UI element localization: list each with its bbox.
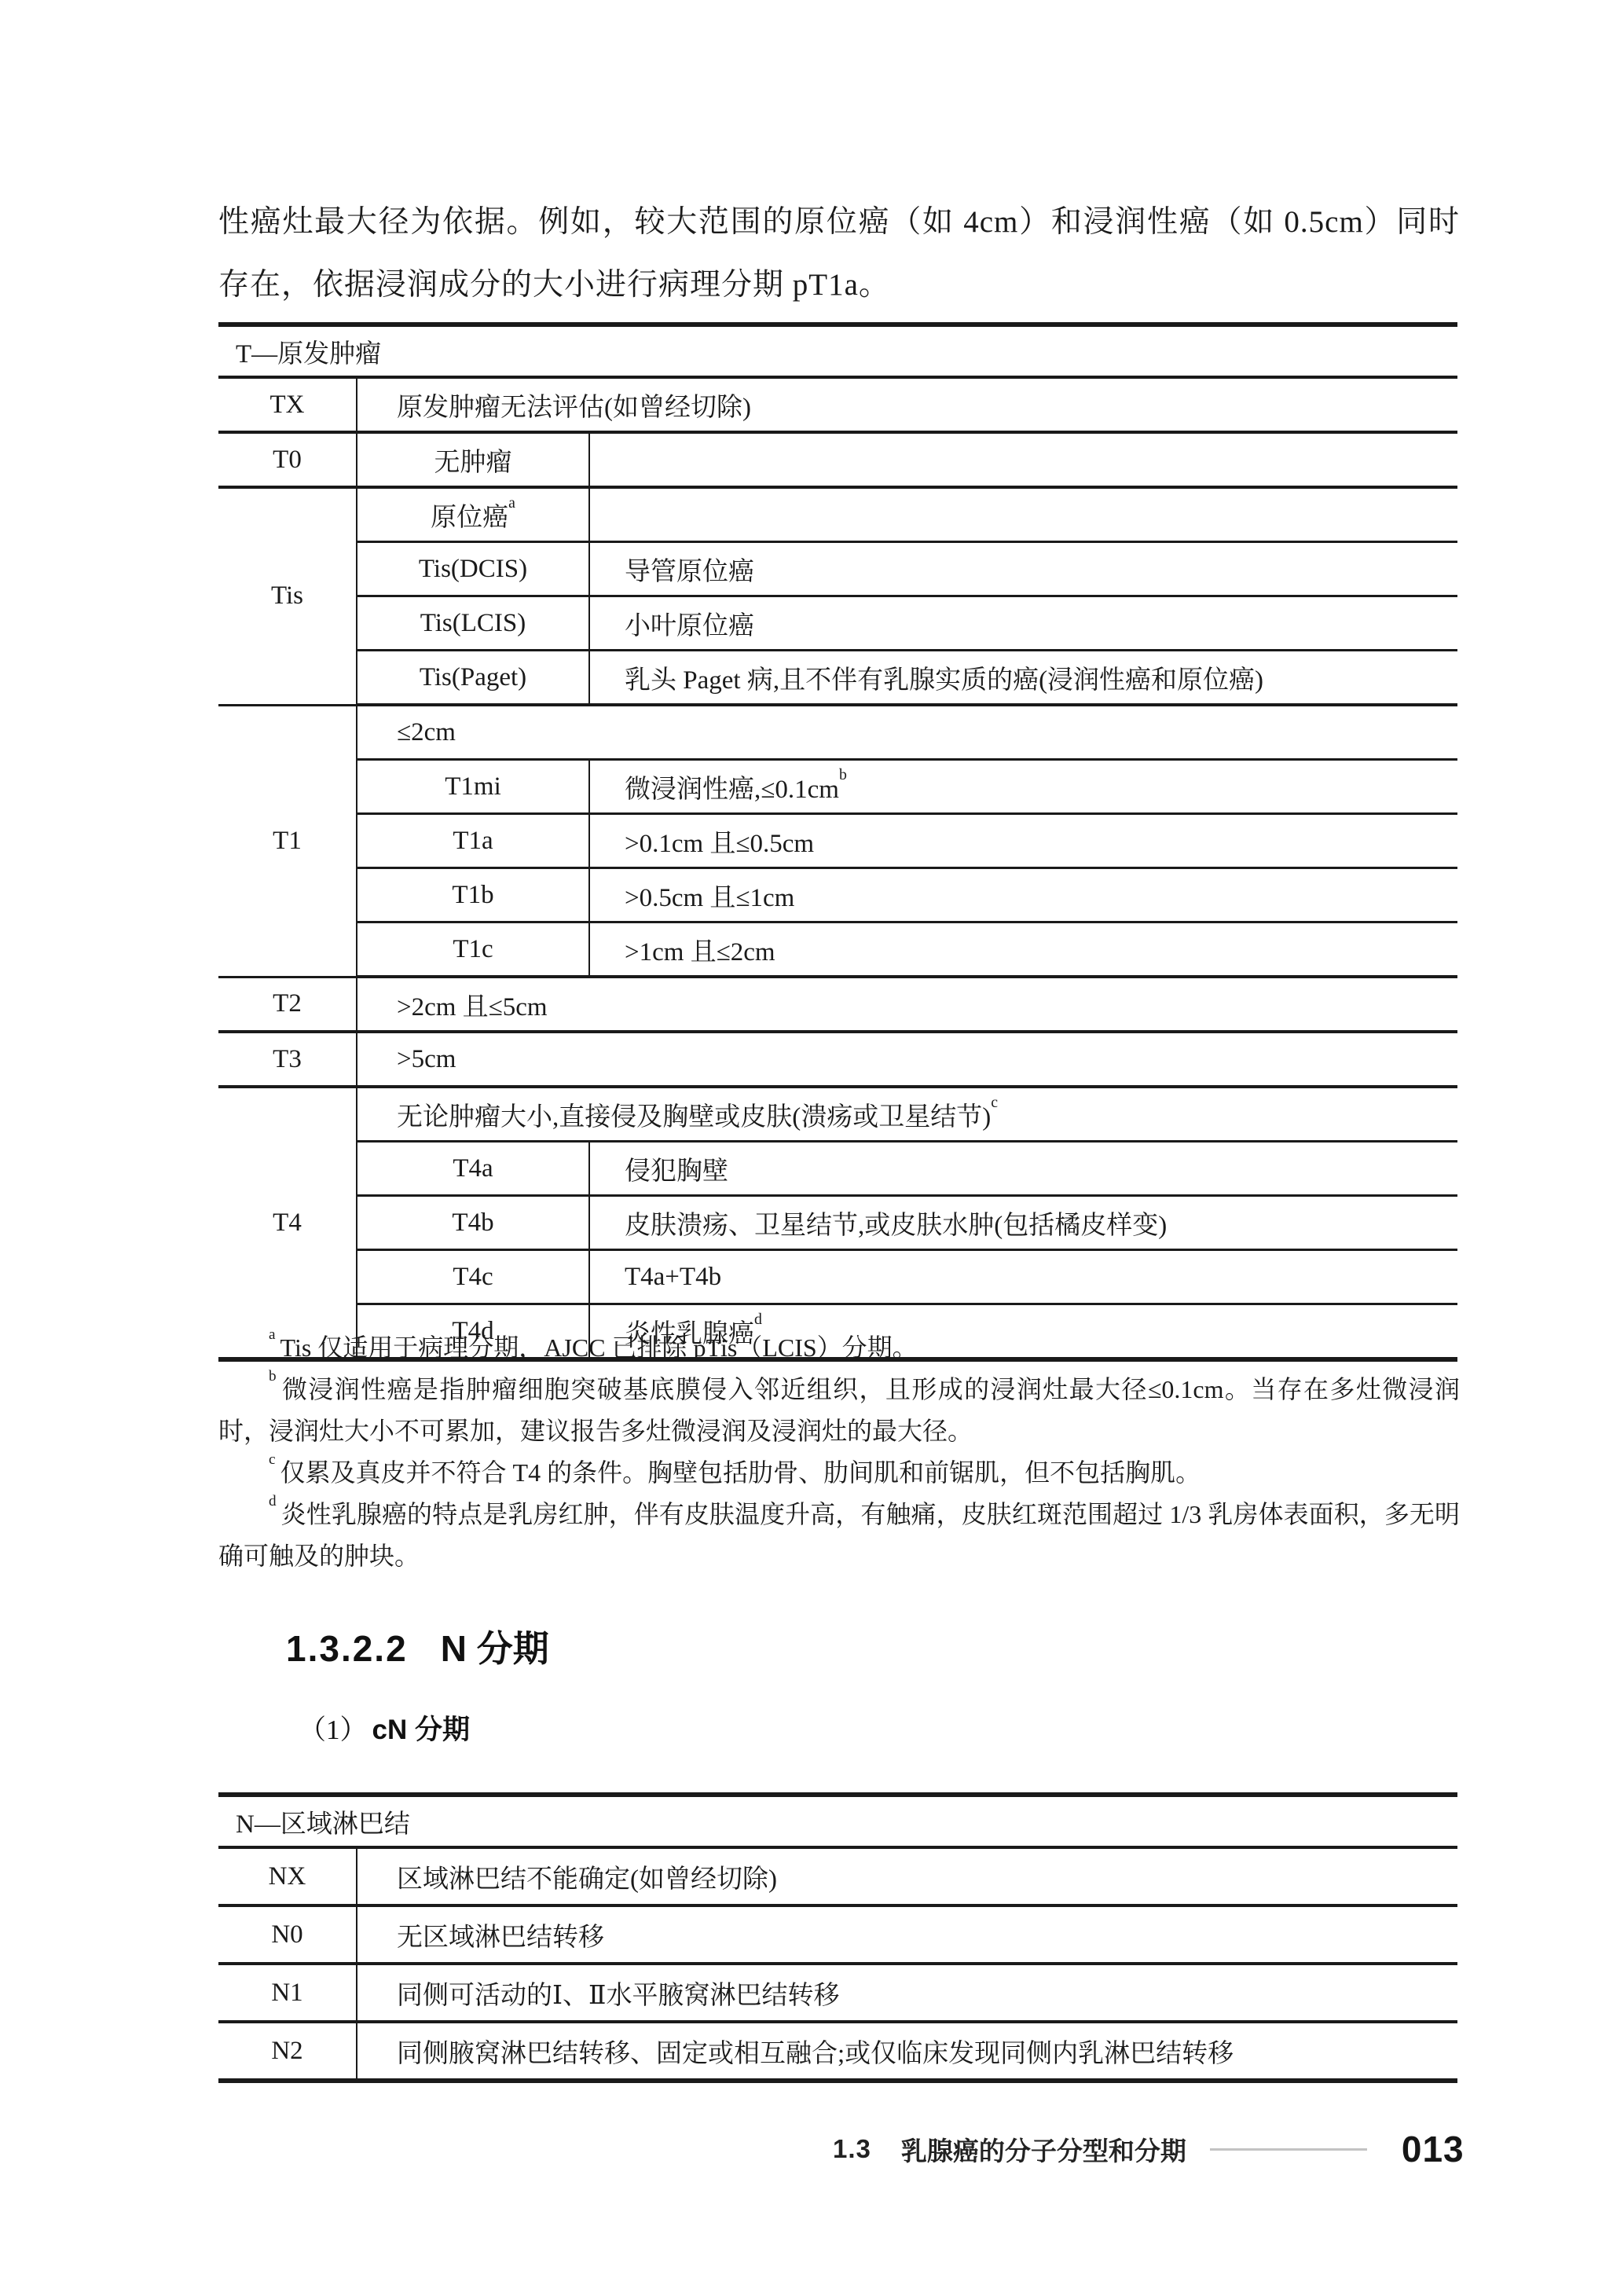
stage-code-cell: T3 [218, 1032, 357, 1087]
t-row-t4b: T4b 皮肤溃疡、卫星结节,或皮肤水肿(包括橘皮样变) [218, 1196, 1457, 1250]
t-row-tis-paget: Tis(Paget) 乳头 Paget 病,且不伴有乳腺实质的癌(浸润性癌和原位… [218, 651, 1457, 706]
t-table-title: T—原发肿瘤 [218, 325, 1457, 377]
t-row-tis-dcis: Tis(DCIS) 导管原位癌 [218, 542, 1457, 596]
intro-paragraph: 性癌灶最大径为依据。例如，较大范围的原位癌（如 4cm）和浸润性癌（如 0.5c… [218, 191, 1460, 317]
stage-desc-cell: 同侧腋窝淋巴结转移、固定或相互融合;或仅临床发现同侧内乳淋巴结转移 [357, 2022, 1457, 2081]
stage-desc-cell: >5cm [357, 1032, 1457, 1087]
t-table-header-row: T—原发肿瘤 [218, 325, 1457, 377]
n-table-header-row: N—区域淋巴结 [218, 1795, 1457, 1847]
stage-desc-cell: 原发肿瘤无法评估(如曾经切除) [357, 377, 1457, 432]
stage-desc-cell: 无区域淋巴结转移 [357, 1905, 1457, 1964]
stage-desc-cell: 导管原位癌 [589, 542, 1457, 596]
stage-code-cell: T1b [357, 868, 589, 922]
empty-cell [589, 432, 1457, 487]
n-row-n1: N1 同侧可活动的Ⅰ、Ⅱ水平腋窝淋巴结转移 [218, 1964, 1457, 2022]
t-row-t4-intro: T4 无论肿瘤大小,直接侵及胸壁或皮肤(溃疡或卫星结节)c [218, 1087, 1457, 1142]
stage-code-cell: T1mi [357, 760, 589, 814]
stage-code-cell: T4a [357, 1142, 589, 1196]
section-title: N 分期 [441, 1628, 549, 1669]
footnote-ref: d [754, 1311, 762, 1328]
page-footer: 1.3 乳腺癌的分子分型和分期 013 [833, 2122, 1465, 2177]
stage-code-cell: N0 [218, 1905, 357, 1964]
footnote-marker: c [269, 1451, 276, 1468]
stage-code-cell: N1 [218, 1964, 357, 2022]
stage-desc-cell: 微浸润性癌,≤0.1cmb [589, 760, 1457, 814]
table-footnotes: aTis 仅适用于病理分期，AJCC 已排除 pTis（LCIS）分期。 b微浸… [218, 1327, 1460, 1577]
n-table-title: N—区域淋巴结 [218, 1795, 1457, 1847]
cell-text: 原位癌 [431, 504, 508, 532]
t-staging-table: T—原发肿瘤 TX 原发肿瘤无法评估(如曾经切除) T0 无肿瘤 Tis 原位癌… [218, 322, 1457, 1362]
footnote-c: c仅累及真皮并不符合 T4 的条件。胸壁包括肋骨、肋间肌和前锯肌，但不包括胸肌。 [218, 1452, 1460, 1494]
subsection-heading: （1）cN 分期 [299, 1713, 470, 1748]
footnote-d: d炎性乳腺癌的特点是乳房红肿，伴有皮肤温度升高，有触痛，皮肤红斑范围超过 1/3… [218, 1494, 1460, 1577]
stage-desc-cell: T4a+T4b [589, 1250, 1457, 1304]
t-row-t2: T2 >2cm 且≤5cm [218, 977, 1457, 1032]
stage-code-cell: TX [218, 377, 357, 432]
section-heading: 1.3.2.2N 分期 [286, 1628, 549, 1669]
n-row-nx: NX 区域淋巴结不能确定(如曾经切除) [218, 1847, 1457, 1905]
footnote-ref: c [991, 1094, 998, 1111]
t-row-t1a: T1a >0.1cm 且≤0.5cm [218, 814, 1457, 868]
footnote-text: Tis 仅适用于病理分期，AJCC 已排除 pTis（LCIS）分期。 [280, 1333, 918, 1362]
stage-group-label: T4 [218, 1087, 357, 1359]
t-row-t0: T0 无肿瘤 [218, 432, 1457, 487]
t-row-t4a: T4a 侵犯胸壁 [218, 1142, 1457, 1196]
n-staging-table: N—区域淋巴结 NX 区域淋巴结不能确定(如曾经切除) N0 无区域淋巴结转移 … [218, 1792, 1457, 2083]
stage-desc-cell: ≤2cm [357, 705, 1457, 760]
t-row-t1-size: T1 ≤2cm [218, 705, 1457, 760]
stage-desc-cell: 区域淋巴结不能确定(如曾经切除) [357, 1847, 1457, 1905]
footnote-b: b微浸润性癌是指肿瘤细胞突破基底膜侵入邻近组织，且形成的浸润灶最大径≤0.1cm… [218, 1369, 1460, 1452]
t-row-t1mi: T1mi 微浸润性癌,≤0.1cmb [218, 760, 1457, 814]
footnote-text: 仅累及真皮并不符合 T4 的条件。胸壁包括肋骨、肋间肌和前锯肌，但不包括胸肌。 [280, 1458, 1201, 1487]
t-row-tx: TX 原发肿瘤无法评估(如曾经切除) [218, 377, 1457, 432]
stage-code-cell: N2 [218, 2022, 357, 2081]
stage-desc-cell: >0.5cm 且≤1cm [589, 868, 1457, 922]
footnote-marker: d [269, 1493, 277, 1509]
t-row-t1c: T1c >1cm 且≤2cm [218, 922, 1457, 977]
stage-code-cell: Tis(Paget) [357, 651, 589, 706]
footnote-ref: a [508, 494, 515, 512]
n-row-n2: N2 同侧腋窝淋巴结转移、固定或相互融合;或仅临床发现同侧内乳淋巴结转移 [218, 2022, 1457, 2081]
stage-code-cell: NX [218, 1847, 357, 1905]
t-row-t1b: T1b >0.5cm 且≤1cm [218, 868, 1457, 922]
cell-text: 微浸润性癌,≤0.1cm [625, 776, 839, 804]
stage-group-label: T1 [218, 705, 357, 977]
stage-code-cell: T2 [218, 977, 357, 1032]
footnote-ref: b [839, 766, 847, 783]
t-row-t3: T3 >5cm [218, 1032, 1457, 1087]
stage-code-cell: T4c [357, 1250, 589, 1304]
section-number: 1.3.2.2 [286, 1628, 408, 1669]
stage-code-cell: Tis(LCIS) [357, 596, 589, 651]
footnote-marker: b [269, 1368, 277, 1385]
stage-desc-cell: 原位癌a [357, 487, 589, 542]
stage-desc-cell: 同侧可活动的Ⅰ、Ⅱ水平腋窝淋巴结转移 [357, 1964, 1457, 2022]
t-row-tis-lcis: Tis(LCIS) 小叶原位癌 [218, 596, 1457, 651]
stage-code-cell: T1a [357, 814, 589, 868]
footnote-marker: a [269, 1326, 276, 1343]
stage-desc-cell: 小叶原位癌 [589, 596, 1457, 651]
stage-desc-cell: 无肿瘤 [357, 432, 589, 487]
footer-rule [1210, 2148, 1367, 2151]
footnote-a: aTis 仅适用于病理分期，AJCC 已排除 pTis（LCIS）分期。 [218, 1327, 1460, 1369]
stage-code-cell: T1c [357, 922, 589, 977]
stage-desc-cell: >0.1cm 且≤0.5cm [589, 814, 1457, 868]
t-row-tis-insitu: Tis 原位癌a [218, 487, 1457, 542]
n-row-n0: N0 无区域淋巴结转移 [218, 1905, 1457, 1964]
stage-desc-cell: >1cm 且≤2cm [589, 922, 1457, 977]
footer-section-title: 乳腺癌的分子分型和分期 [901, 2131, 1186, 2168]
footnote-text: 微浸润性癌是指肿瘤细胞突破基底膜侵入邻近组织，且形成的浸润灶最大径≤0.1cm。… [218, 1375, 1460, 1445]
footnote-text: 炎性乳腺癌的特点是乳房红肿，伴有皮肤温度升高，有触痛，皮肤红斑范围超过 1/3 … [218, 1500, 1460, 1570]
empty-cell [589, 487, 1457, 542]
stage-desc-cell: 皮肤溃疡、卫星结节,或皮肤水肿(包括橘皮样变) [589, 1196, 1457, 1250]
stage-code-cell: Tis(DCIS) [357, 542, 589, 596]
subsection-title: cN 分期 [372, 1715, 470, 1745]
stage-code-cell: T4b [357, 1196, 589, 1250]
cell-text: 无论肿瘤大小,直接侵及胸壁或皮肤(溃疡或卫星结节) [397, 1103, 991, 1131]
book-page: 性癌灶最大径为依据。例如，较大范围的原位癌（如 4cm）和浸润性癌（如 0.5c… [0, 0, 1624, 2274]
stage-desc-cell: 侵犯胸壁 [589, 1142, 1457, 1196]
stage-desc-cell: 无论肿瘤大小,直接侵及胸壁或皮肤(溃疡或卫星结节)c [357, 1087, 1457, 1142]
stage-group-label: Tis [218, 487, 357, 705]
footer-section-number: 1.3 [833, 2134, 871, 2164]
stage-desc-cell: >2cm 且≤5cm [357, 977, 1457, 1032]
stage-desc-cell: 乳头 Paget 病,且不伴有乳腺实质的癌(浸润性癌和原位癌) [589, 651, 1457, 706]
subsection-number: （1） [299, 1715, 368, 1745]
t-row-t4c: T4c T4a+T4b [218, 1250, 1457, 1304]
footer-page-number: 013 [1402, 2128, 1465, 2170]
stage-code-cell: T0 [218, 432, 357, 487]
